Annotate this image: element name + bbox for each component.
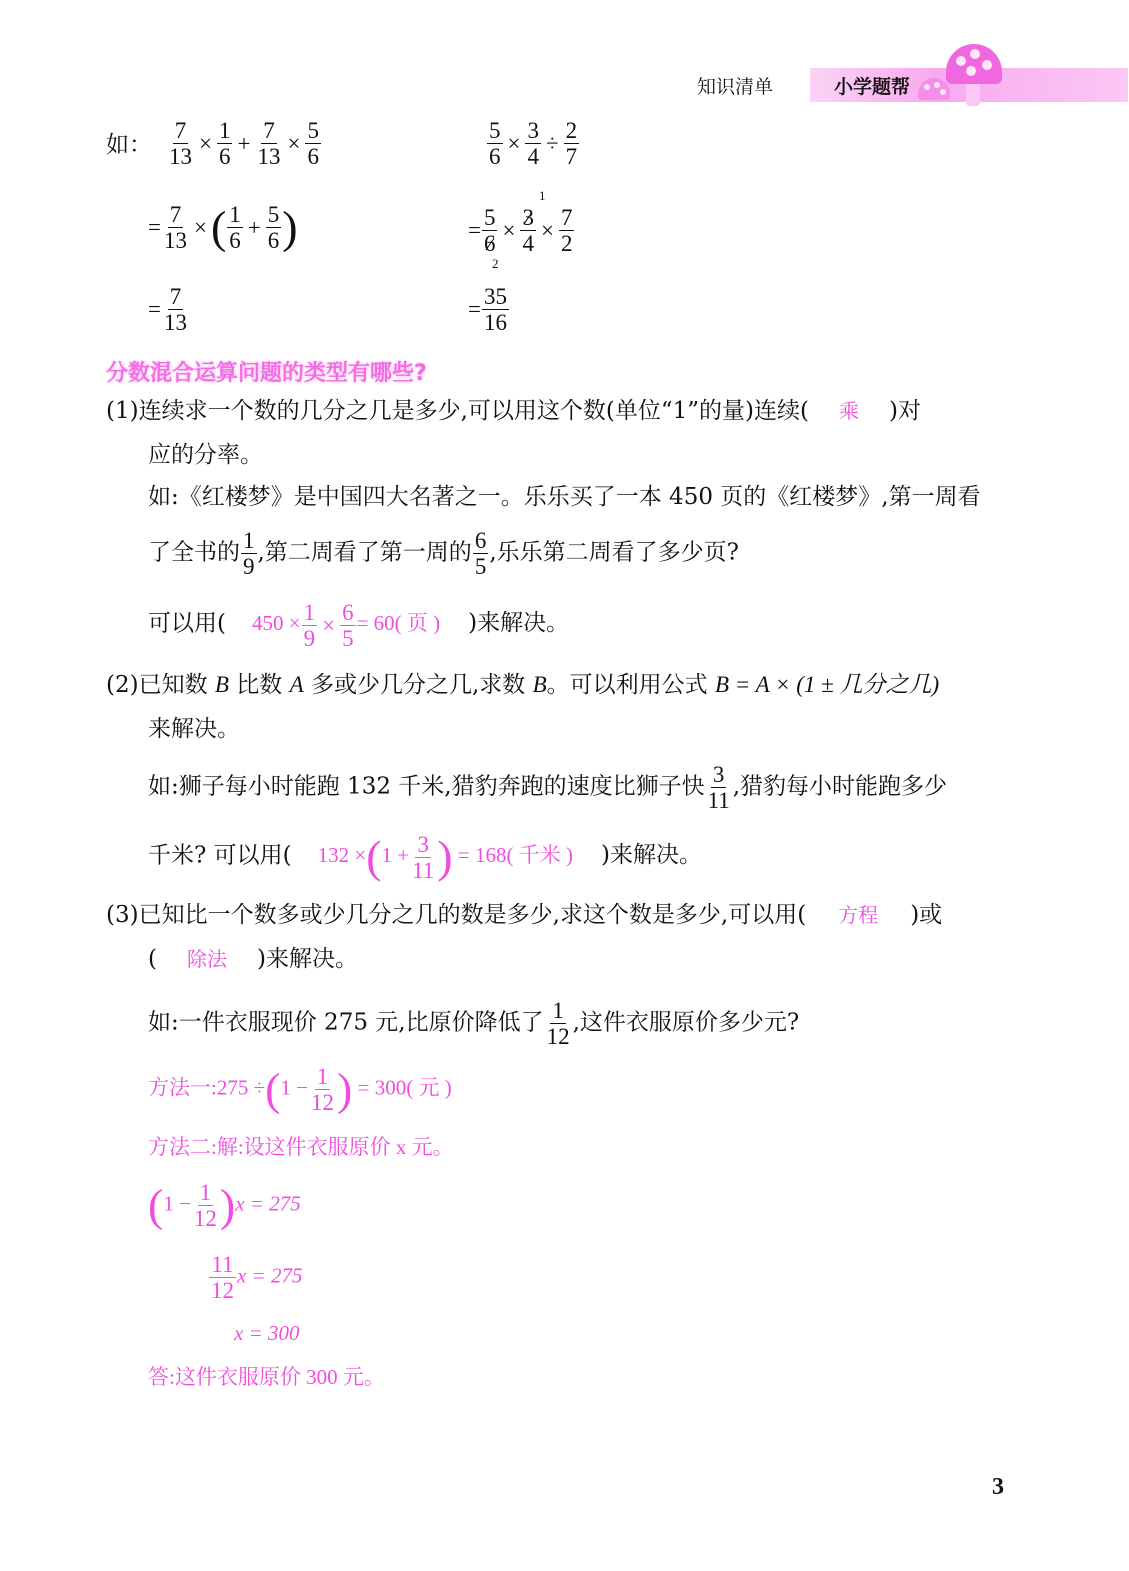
item2-formula: B = A × (1 ± 几分之几) xyxy=(715,672,939,697)
equation-step-1: (1 −112)x = 275 xyxy=(148,1180,301,1231)
item3-line1: (3)已知比一个数多或少几分之几的数是多少,求这个数是多少,可以用(方程)或 xyxy=(106,900,942,930)
example-lead: 如： xyxy=(106,130,152,160)
item1-example-line2: 了全书的19,第二周看了第一周的65,乐乐第二周看了多少页? xyxy=(148,528,739,579)
item1-answer-expression: 450 ×19×65= 60( 页 ) xyxy=(252,611,440,635)
reduced-denominator: 2 xyxy=(492,256,499,272)
item2-example: 如:狮子每小时能跑 132 千米,猎豹奔跑的速度比狮子快311,猎豹每小时能跑多… xyxy=(148,762,947,813)
brand-label: 小学题帮 xyxy=(834,72,910,102)
item1-solve-line: 可以用(450 ×19×65= 60( 页 ))来解决。 xyxy=(148,600,569,651)
example-left-line3: =713 xyxy=(148,284,190,335)
example-right-line1: 56×34÷27 xyxy=(486,118,580,169)
example-left-line1: 713×16+713×56 xyxy=(166,118,322,169)
final-answer: 答:这件衣服原价 300 元。 xyxy=(148,1362,385,1392)
item2-solve-line: 千米? 可以用(132 ×(1 +311) = 168( 千米 ))来解决。 xyxy=(148,832,702,883)
item1-blank-answer: 乘 xyxy=(809,396,889,426)
equation-step-3: x = 300 xyxy=(234,1318,300,1348)
equation-step-2: 1112x = 275 xyxy=(208,1252,303,1303)
page-number: 3 xyxy=(992,1474,1004,1501)
item3-example: 如:一件衣服现价 275 元,比原价降低了112,这件衣服原价多少元? xyxy=(148,998,799,1049)
reduced-numerator: 1 xyxy=(539,188,546,204)
method-two-label: 方法二:解:设这件衣服原价 x 元。 xyxy=(148,1132,454,1162)
item1-example-line1: 如:《红楼梦》是中国四大名著之一。乐乐买了一本 450 页的《红楼梦》,第一周看 xyxy=(148,482,981,512)
item1-line1: (1)连续求一个数的几分之几是多少,可以用这个数(单位“1”的量)连续(乘)对 xyxy=(106,396,921,426)
mushroom-icon xyxy=(946,44,1002,84)
item3-blank2-answer: 除法 xyxy=(157,944,257,974)
item3-line2: (除法)来解决。 xyxy=(148,944,358,974)
example-right-line3: =3516 xyxy=(468,284,510,335)
section-heading: 分数混合运算问题的类型有哪些? xyxy=(106,356,427,387)
method-one: 方法一:275 ÷(1 −112) = 300( 元 ) xyxy=(148,1064,452,1115)
item3-blank1-answer: 方程 xyxy=(806,900,910,930)
section-label: 知识清单 xyxy=(697,72,773,102)
item2-line2: 来解决。 xyxy=(148,714,240,744)
item2-answer-expression: 132 ×(1 +311) = 168( 千米 ) xyxy=(318,843,573,867)
item1-line2: 应的分率。 xyxy=(148,440,263,470)
example-left-line2: =713×(16+56) xyxy=(148,202,298,253)
example-right-line2: =56×34×72 xyxy=(468,205,575,256)
item2-line1: (2)已知数 B 比数 A 多或少几分之几,求数 B。可以利用公式 B = A … xyxy=(106,670,939,700)
